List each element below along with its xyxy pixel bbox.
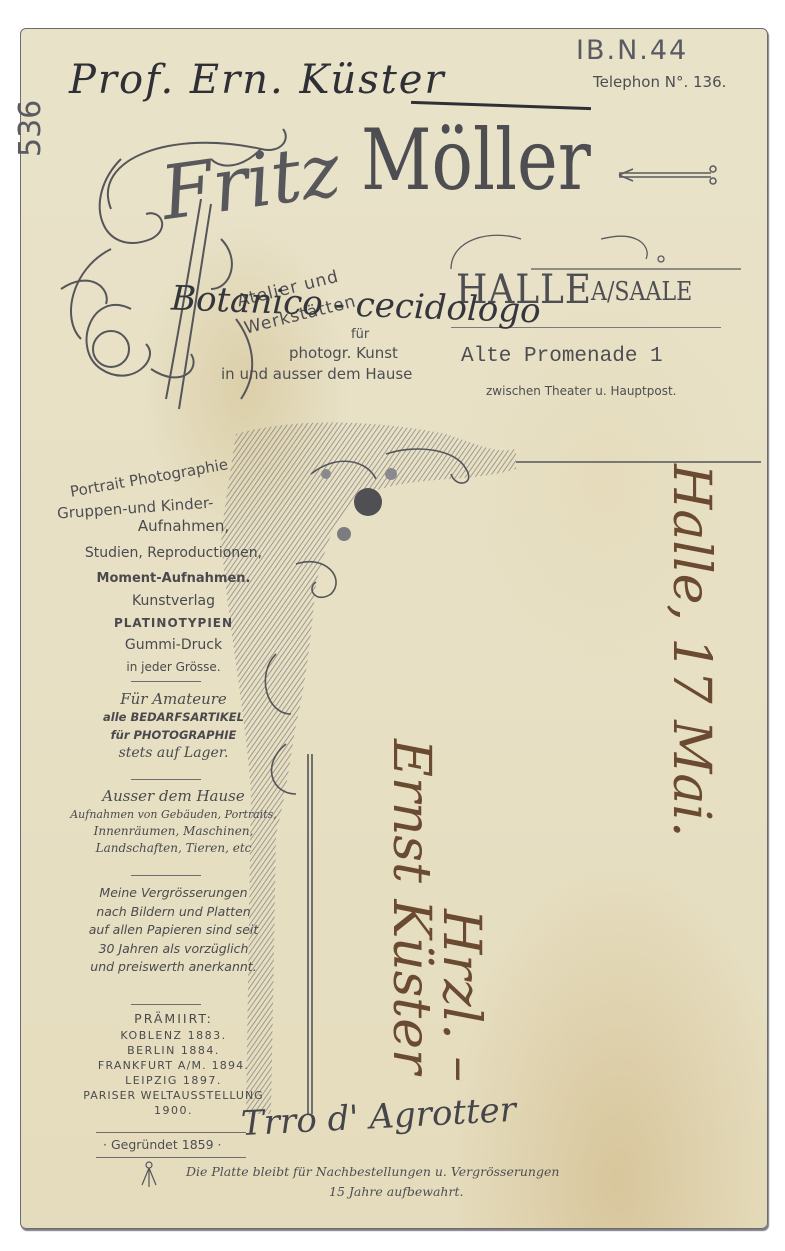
- amateur-line: für PHOTOGRAPHIE: [51, 730, 296, 742]
- service-line: Moment-Aufnahmen.: [51, 572, 296, 585]
- award-item: KOBLENZ 1883.: [51, 1030, 296, 1041]
- award-item: BERLIN 1884.: [51, 1045, 296, 1056]
- studio-last-name: Möller: [361, 111, 591, 209]
- enlargement-line: auf allen Papieren sind seit: [51, 924, 296, 937]
- divider: [131, 779, 201, 780]
- name-underline: [411, 101, 591, 110]
- service-line: PLATINOTYPIEN: [51, 617, 296, 629]
- enlargement-line: nach Bildern und Platten: [51, 906, 296, 919]
- award-item: LEIPZIG 1897.: [51, 1075, 296, 1086]
- outside-line: Innenräumen, Maschinen,: [51, 825, 296, 837]
- amateur-line: stets auf Lager.: [51, 746, 296, 760]
- photo-card-back: 536 IB.N.44 Telephon N°. 136. Prof. Ern.…: [20, 28, 768, 1229]
- services-block: Aufnahmen, Studien, Reproductionen, Mome…: [51, 519, 296, 673]
- footer-line-1: Die Platte bleibt für Nachbestellungen u…: [186, 1164, 559, 1179]
- arrow-ornament: [611, 159, 721, 189]
- service-line: Kunstverlag: [51, 594, 296, 608]
- archive-number: 536: [13, 100, 48, 157]
- outside-block: Ausser dem Hause Aufnahmen von Gebäuden,…: [51, 789, 296, 854]
- service-line: Studien, Reproductionen,: [51, 546, 296, 560]
- address: Alte Promenade 1: [461, 345, 663, 368]
- handwritten-signature: Ernst Küster: [381, 739, 441, 1074]
- founded-rule-top: [96, 1132, 246, 1133]
- founded-year: · Gegründet 1859 ·: [103, 1137, 222, 1152]
- outside-title: Ausser dem Hause: [51, 789, 296, 804]
- service-line: Gummi-Druck: [51, 638, 296, 652]
- amateur-block: Für Amateure alle BEDARFSARTIKEL für PHO…: [51, 692, 296, 760]
- tripod-icon: [139, 1161, 159, 1189]
- atelier-line-3: für: [351, 327, 369, 342]
- awards-title: PRÄMIIRT:: [51, 1013, 296, 1026]
- enlargement-line: 30 Jahren als vorzüglich: [51, 943, 296, 956]
- awards-block: PRÄMIIRT: KOBLENZ 1883. BERLIN 1884. FRA…: [51, 1013, 296, 1116]
- amateur-line: alle BEDARFSARTIKEL: [51, 712, 296, 724]
- service-line: in jeder Grösse.: [51, 661, 296, 673]
- amateur-title: Für Amateure: [51, 692, 296, 707]
- outside-line: Aufnahmen von Gebäuden, Portraits,: [51, 809, 296, 820]
- catalog-code: IB.N.44: [576, 35, 688, 66]
- outside-line: Landschaften, Tieren, etc: [51, 842, 296, 854]
- address-note: zwischen Theater u. Hauptpost.: [486, 384, 676, 398]
- award-item: PARISER WELTAUSSTELLUNG: [51, 1090, 296, 1101]
- divider: [131, 681, 201, 682]
- enlargement-line: und preiswerth anerkannt.: [51, 961, 296, 974]
- atelier-line-5: in und ausser dem Hause: [221, 365, 412, 383]
- enlargement-line: Meine Vergrösserungen: [51, 887, 296, 900]
- founded-rule-bottom: [96, 1157, 246, 1158]
- divider: [131, 1004, 201, 1005]
- footer-line-2: 15 Jahre aufbewahrt.: [329, 1184, 463, 1199]
- service-line: Aufnahmen,: [71, 519, 296, 534]
- city-suffix: A/SAALE: [591, 277, 692, 307]
- dedication-line-1: Halle, 17 Mai.: [661, 464, 721, 838]
- handwritten-name: Prof. Ern. Küster: [69, 57, 446, 103]
- award-item: FRANKFURT A/M. 1894.: [51, 1060, 296, 1071]
- telephone-number: Telephon N°. 136.: [593, 73, 726, 91]
- enlargement-block: Meine Vergrösserungen nach Bildern und P…: [51, 887, 296, 974]
- atelier-line-4: photogr. Kunst: [289, 344, 398, 362]
- divider: [131, 875, 201, 876]
